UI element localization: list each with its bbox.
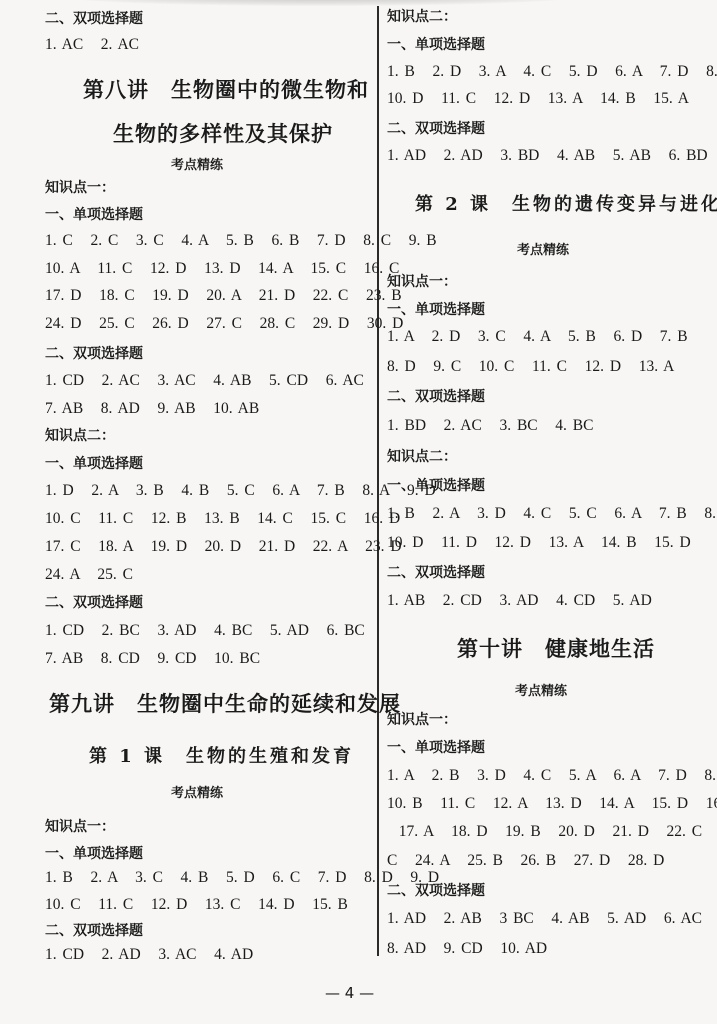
lesson-1-title: 第 1 课 生物的生殖和发育	[89, 742, 354, 768]
double-choice-heading: 二、双项选择题	[45, 10, 143, 28]
double-choice-heading: 二、双项选择题	[45, 922, 143, 940]
answer-line: 10. C 11. C 12. B 13. B 14. C 15. C 16. …	[45, 510, 400, 528]
double-choice-heading: 二、双项选择题	[387, 388, 485, 406]
page-number: — 4 —	[325, 984, 374, 1002]
single-choice-heading: 一、单项选择题	[387, 739, 485, 757]
answer-line: 1. CD 2. AC 3. AC 4. AB 5. CD 6. AC	[45, 372, 364, 390]
answer-line: 24. D 25. C 26. D 27. C 28. C 29. D 30. …	[45, 315, 403, 333]
answer-line: 1. D 2. A 3. B 4. B 5. C 6. A 7. B 8. A …	[45, 482, 436, 500]
single-choice-heading: 一、单项选择题	[45, 845, 143, 863]
answer-line: 7. AB 8. AD 9. AB 10. AB	[45, 400, 259, 418]
double-choice-heading: 二、双项选择题	[45, 594, 143, 612]
answer-line: 1. A 2. D 3. C 4. A 5. B 6. D 7. B	[387, 328, 688, 346]
answer-line: 1. B 2. D 3. A 4. C 5. D 6. A 7. D 8. C …	[387, 63, 717, 81]
lecture-9-title: 第九讲 生物圈中生命的延续和发展	[49, 688, 401, 718]
knowledge-point-label: 知识点一：	[45, 179, 115, 197]
page-curl-shadow	[60, 0, 580, 6]
section-heading: 考点精练	[171, 154, 223, 173]
lecture-10-title: 第十讲 健康地生活	[457, 633, 655, 663]
answer-line: 10. D 11. D 12. D 13. A 14. B 15. D	[387, 534, 691, 552]
section-heading: 考点精练	[517, 239, 569, 258]
answer-line: 1. C 2. C 3. C 4. A 5. B 6. B 7. D 8. C …	[45, 232, 437, 250]
double-choice-heading: 二、双项选择题	[45, 345, 143, 363]
column-divider	[377, 6, 379, 956]
knowledge-point-label: 知识点一：	[387, 711, 457, 729]
answer-line: 1. CD 2. BC 3. AD 4. BC 5. AD 6. BC	[45, 622, 365, 640]
answer-line: 10. B 11. C 12. A 13. D 14. A 15. D 16. …	[387, 795, 717, 813]
single-choice-heading: 一、单项选择题	[387, 477, 485, 495]
single-choice-heading: 一、单项选择题	[45, 455, 143, 473]
single-choice-heading: 一、单项选择题	[387, 301, 485, 319]
answer-line: 10. C 11. C 12. D 13. C 14. D 15. B	[45, 896, 348, 914]
answer-line: 1. A 2. B 3. D 4. C 5. A 6. A 7. D 8. B …	[387, 767, 717, 785]
answer-line: 1. B 2. A 3. C 4. B 5. D 6. C 7. D 8. D …	[45, 869, 439, 887]
answer-line: 17. C 18. A 19. D 20. D 21. D 22. A 23. …	[45, 538, 402, 556]
answer-line: 8. AD 9. CD 10. AD	[387, 940, 547, 958]
knowledge-point-label: 知识点一：	[387, 273, 457, 291]
answer-line: 1. BD 2. AC 3. BC 4. BC	[387, 417, 593, 435]
answer-line: 10. D 11. C 12. D 13. A 14. B 15. A	[387, 90, 689, 108]
double-choice-heading: 二、双项选择题	[387, 564, 485, 582]
answer-line: 1. AD 2. AD 3. BD 4. AB 5. AB 6. BD	[387, 147, 708, 165]
answer-line: 8. D 9. C 10. C 11. C 12. D 13. A	[387, 358, 674, 376]
knowledge-point-label: 知识点二：	[45, 427, 115, 445]
lecture-8-title-line1: 第八讲 生物圈中的微生物和	[83, 74, 369, 104]
lesson-2-title: 第 2 课 生物的遗传变异与进化	[415, 190, 717, 216]
answer-line: 10. A 11. C 12. D 13. D 14. A 15. C 16. …	[45, 260, 399, 278]
answer-line: 17. D 18. C 19. D 20. A 21. D 22. C 23. …	[45, 287, 402, 305]
answer-line: 24. A 25. C	[45, 566, 133, 584]
lecture-8-title-line2: 生物的多样性及其保护	[113, 118, 333, 148]
answer-line: 7. AB 8. CD 9. CD 10. BC	[45, 650, 260, 668]
section-heading: 考点精练	[515, 680, 567, 699]
section-heading: 考点精练	[171, 782, 223, 801]
single-choice-heading: 一、单项选择题	[387, 36, 485, 54]
single-choice-heading: 一、单项选择题	[45, 206, 143, 224]
answer-line: 17. A 18. D 19. B 20. D 21. D 22. C 23.	[387, 823, 717, 841]
knowledge-point-label: 知识点二：	[387, 448, 457, 466]
double-choice-heading: 二、双项选择题	[387, 120, 485, 138]
knowledge-point-label: 知识点一：	[45, 818, 115, 836]
answer-line: 1. AB 2. CD 3. AD 4. CD 5. AD	[387, 592, 652, 610]
answer-line: 1. AC 2. AC	[45, 36, 139, 54]
answer-line: C 24. A 25. B 26. B 27. D 28. D	[387, 852, 664, 870]
double-choice-heading: 二、双项选择题	[387, 882, 485, 900]
knowledge-point-label: 知识点二：	[387, 8, 457, 26]
answer-line: 1. CD 2. AD 3. AC 4. AD	[45, 946, 253, 964]
answer-line: 1. B 2. A 3. D 4. C 5. C 6. A 7. B 8. B …	[387, 505, 717, 523]
answer-line: 1. AD 2. AB 3 BC 4. AB 5. AD 6. AC 7. AC	[387, 910, 717, 928]
